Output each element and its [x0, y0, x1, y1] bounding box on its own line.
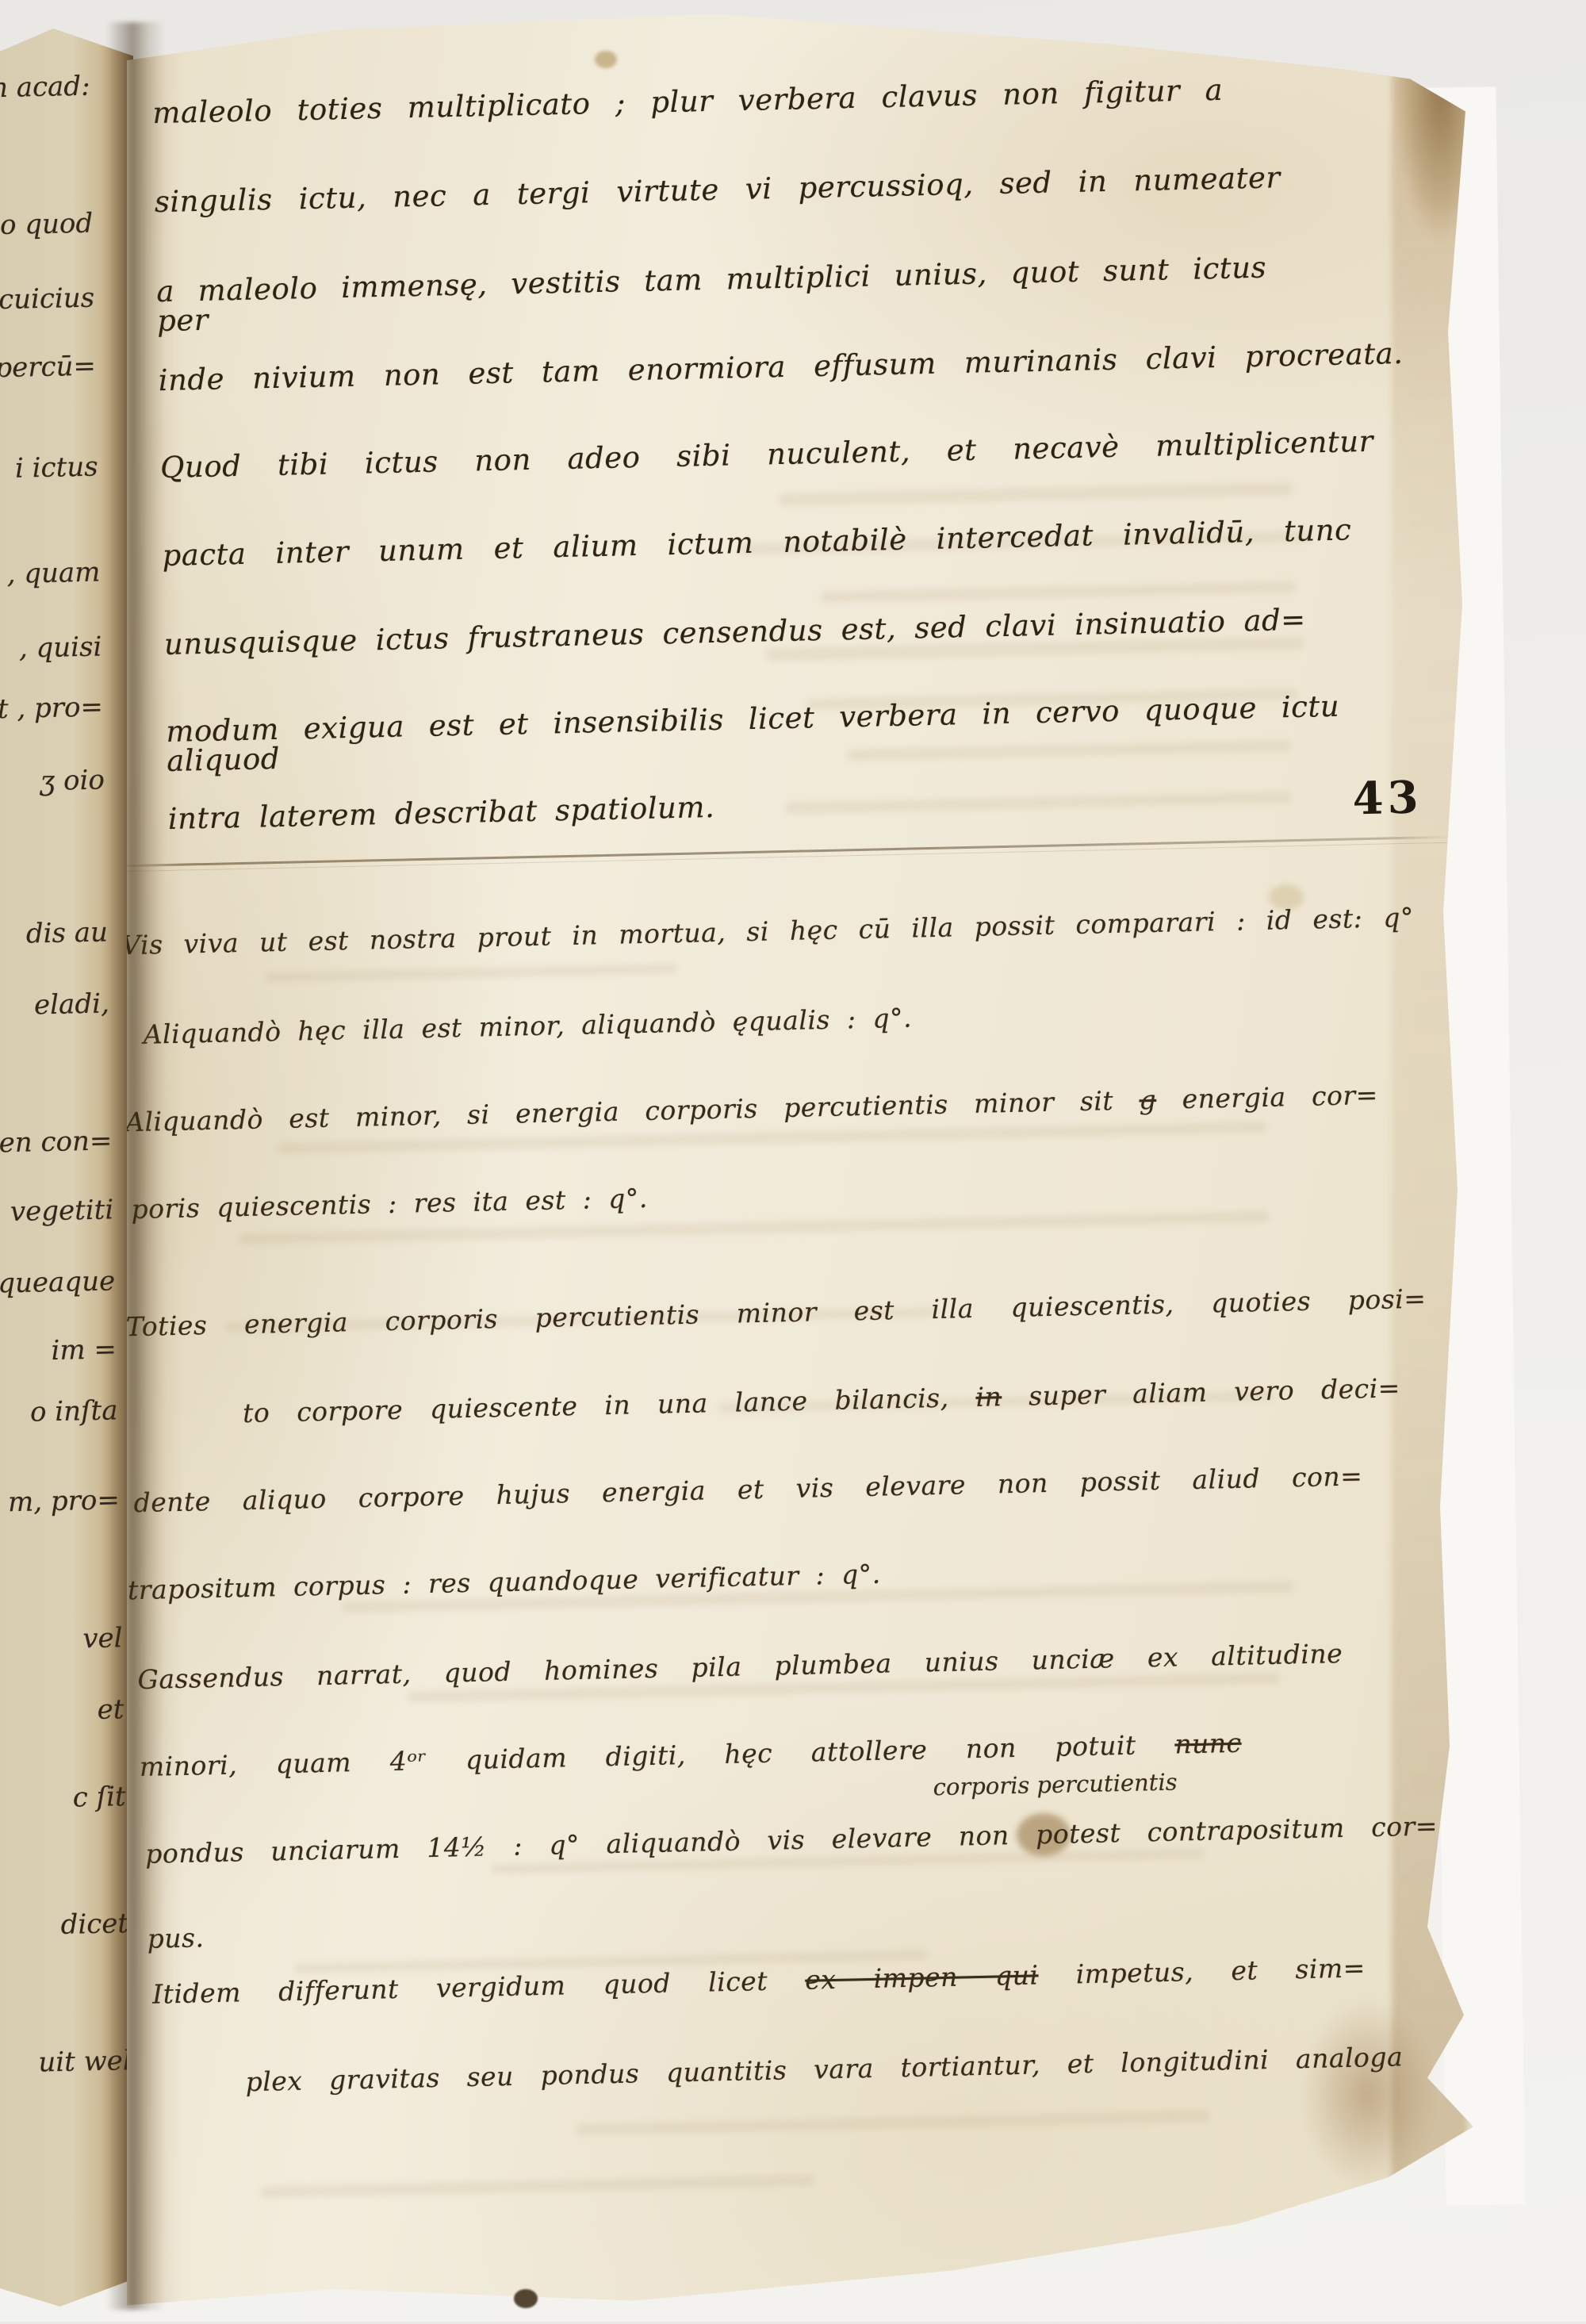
manuscript-line: maleolo toties multiplicato ; plur verbe…	[152, 75, 1223, 128]
manuscript-line: Vis viva ut est nostra prout in mortua, …	[121, 904, 1414, 959]
margin-fragment: icuicius	[0, 282, 95, 316]
margin-fragment: vegetiti	[10, 1194, 114, 1228]
struck-text: in	[975, 1381, 1002, 1413]
margin-fragment: o inſta	[30, 1394, 118, 1428]
struck-text: g	[1139, 1084, 1156, 1115]
manuscript-line: Aliquandò hęc illa est minor, aliquandò …	[143, 1005, 912, 1048]
manuscript-line: pacta inter unum et alium ictum notabilè…	[162, 515, 1351, 570]
manuscript-page: maleolo toties multiplicato ; plur verbe…	[0, 0, 1586, 2322]
margin-fragment: eladi,	[34, 988, 110, 1021]
showthrough-smudge	[820, 581, 1296, 603]
showthrough-smudge	[576, 2111, 1210, 2135]
manuscript-scan: ĩum acad: ex eo quod icuicius percū= i i…	[0, 0, 1586, 2322]
manuscript-line: modum exigua est et insensibilis licet v…	[166, 692, 1340, 776]
showthrough-smudge	[259, 2175, 814, 2198]
showthrough-smudge	[265, 964, 677, 982]
margin-fragment: i ictus	[15, 451, 98, 485]
page-number: 43	[1352, 771, 1423, 825]
section-divider-line	[113, 836, 1452, 868]
manuscript-line: dente aliquo corpore hujus energia et vi…	[133, 1463, 1362, 1516]
ink-speck	[514, 2289, 538, 2308]
manuscript-line: to corpore quiescente in una lance bilan…	[243, 1375, 1400, 1426]
showthrough-smudge	[785, 792, 1293, 814]
margin-fragment: ʒ oio	[40, 764, 105, 797]
manuscript-line: a maleolo immensę, vestitis tam multipli…	[156, 253, 1267, 336]
showthrough-smudge	[778, 482, 1293, 506]
margin-fragment: r , quam	[0, 557, 101, 591]
book-gutter	[106, 22, 165, 2310]
manuscript-line: Toties energia corporis percutientis min…	[125, 1286, 1426, 1340]
margin-fragment: en con=	[0, 1125, 113, 1159]
margin-fragment: ĩum acad:	[0, 71, 90, 105]
margin-fragment: ex eo quod	[0, 208, 94, 243]
manuscript-line: poris quiescentis : res ita est : q°.	[131, 1185, 648, 1222]
struck-text: ex impen qui	[805, 1959, 1039, 1995]
manuscript-line: inde nivium non est tam enormiora effusu…	[158, 339, 1403, 395]
manuscript-line: Quod tibi ictus non adeo sibi nuculent, …	[160, 427, 1373, 482]
margin-fragment: : queaque	[0, 1265, 116, 1300]
margin-fragment: ut , pro=	[0, 691, 103, 725]
manuscript-line: singulis ictu, nec a tergi virtute vi pe…	[154, 163, 1280, 217]
manuscript-line: intra laterem describat spatiolum.	[167, 792, 714, 834]
ink-layer: maleolo toties multiplicato ; plur verbe…	[0, 0, 1586, 2322]
margin-fragment: , quisi	[18, 631, 102, 664]
margin-fragment: percū=	[0, 351, 96, 385]
interlinear-note: corporis percutientis	[933, 1769, 1178, 1801]
struck-text: nunc	[1174, 1728, 1242, 1760]
manuscript-line: plex gravitas seu pondus quantitis vara …	[245, 2043, 1403, 2095]
margin-fragment: m, pro=	[8, 1484, 121, 1518]
margin-fragment: dis au	[25, 916, 108, 949]
